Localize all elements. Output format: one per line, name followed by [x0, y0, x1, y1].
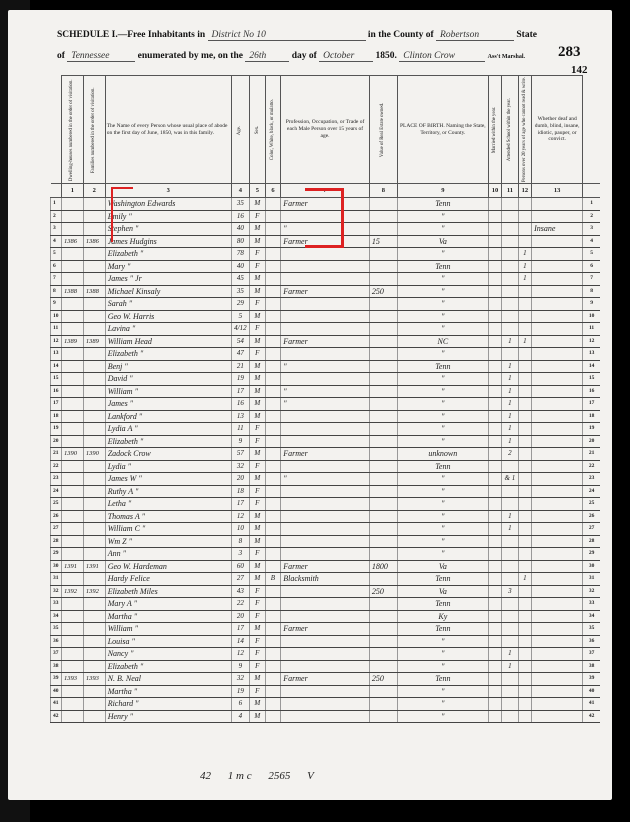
line-number-right: 26 [583, 510, 600, 523]
school: 1 [502, 510, 518, 523]
school [502, 623, 518, 636]
dwelling-number [61, 498, 83, 511]
line-number-right: 37 [583, 648, 600, 661]
line-number: 32 [51, 585, 62, 598]
line-number: 39 [51, 673, 62, 686]
line-number: 31 [51, 573, 62, 586]
birthplace: " [397, 660, 488, 673]
line-number: 28 [51, 535, 62, 548]
illiterate: 1 [518, 260, 532, 273]
line-number: 26 [51, 510, 62, 523]
occupation [281, 523, 370, 536]
age: 8 [231, 535, 249, 548]
table-row: 3213921392Elizabeth Miles43F250Va332 [51, 585, 601, 598]
school: 1 [502, 435, 518, 448]
tally-count: 42 [200, 770, 211, 782]
disability [532, 298, 583, 311]
marshal-field: Clinton Crow [399, 51, 485, 62]
age: 35 [231, 285, 249, 298]
person-name: Washington Edwards [105, 198, 231, 211]
table-row: 7James " Jr45M"17 [51, 273, 601, 286]
occupation [281, 548, 370, 561]
illiterate [518, 298, 532, 311]
person-name: Nancy " [105, 648, 231, 661]
dwelling-number [61, 348, 83, 361]
person-name: Martha " [105, 685, 231, 698]
dwelling-number: 1390 [61, 448, 83, 461]
line-number: 6 [51, 260, 62, 273]
school [502, 235, 518, 248]
table-row: 27William C "10M"127 [51, 523, 601, 536]
table-row: 38Elizabeth "9F"138 [51, 660, 601, 673]
county-field: Robertson [436, 30, 514, 41]
age: 45 [231, 273, 249, 286]
illiterate [518, 710, 532, 723]
sex: M [250, 373, 266, 386]
birthplace: " [397, 435, 488, 448]
sex: M [250, 335, 266, 348]
age: 22 [231, 598, 249, 611]
line-number-right: 38 [583, 660, 600, 673]
enumerated-label: enumerated by me, on the [138, 51, 243, 61]
birthplace: " [397, 548, 488, 561]
table-row: 9Sarah "29F"9 [51, 298, 601, 311]
disability [532, 373, 583, 386]
line-number: 18 [51, 410, 62, 423]
tally-note: 1 m c [228, 770, 252, 782]
dwelling-number [61, 698, 83, 711]
occupation [281, 498, 370, 511]
school [502, 635, 518, 648]
line-number-right: 13 [583, 348, 600, 361]
disability [532, 448, 583, 461]
disability [532, 273, 583, 286]
line-number-right: 31 [583, 573, 600, 586]
illiterate [518, 648, 532, 661]
dwelling-number [61, 685, 83, 698]
illiterate [518, 435, 532, 448]
real-estate-value [369, 260, 397, 273]
real-estate-value [369, 698, 397, 711]
district-field: District No 10 [208, 30, 366, 41]
occupation [281, 710, 370, 723]
dwelling-number [61, 435, 83, 448]
color [265, 485, 281, 498]
person-name: Lydia " [105, 460, 231, 473]
age: 4 [231, 710, 249, 723]
illiterate [518, 448, 532, 461]
real-estate-value [369, 498, 397, 511]
disability [532, 635, 583, 648]
line-number: 35 [51, 623, 62, 636]
table-row: 3913931393N. B. Neal32MFarmer250Tenn39 [51, 673, 601, 686]
line-number: 10 [51, 310, 62, 323]
age: 54 [231, 335, 249, 348]
occupation [281, 460, 370, 473]
family-number [83, 223, 105, 236]
birthplace: Va [397, 560, 488, 573]
age: 21 [231, 360, 249, 373]
person-name: Louisa " [105, 635, 231, 648]
person-name: James Hudgins [105, 235, 231, 248]
state-field: Tennessee [67, 51, 135, 62]
school [502, 310, 518, 323]
illiterate [518, 373, 532, 386]
dwelling-number: 1388 [61, 285, 83, 298]
sex: M [250, 698, 266, 711]
married [488, 710, 502, 723]
age: 18 [231, 485, 249, 498]
table-row: 35William "17MFarmerTenn35 [51, 623, 601, 636]
birthplace: " [397, 473, 488, 486]
birthplace: Ky [397, 610, 488, 623]
person-name: James " Jr [105, 273, 231, 286]
age: 13 [231, 410, 249, 423]
disability [532, 398, 583, 411]
table-row: 33Mary A "22FTenn33 [51, 598, 601, 611]
color [265, 585, 281, 598]
real-estate-value [369, 623, 397, 636]
dwelling-number: 1392 [61, 585, 83, 598]
school: 1 [502, 660, 518, 673]
line-number-right: 15 [583, 373, 600, 386]
occupation [281, 373, 370, 386]
married [488, 698, 502, 711]
illiterate [518, 198, 532, 211]
school [502, 210, 518, 223]
married [488, 210, 502, 223]
real-estate-value [369, 648, 397, 661]
dwelling-number [61, 373, 83, 386]
illiterate [518, 210, 532, 223]
illiterate [518, 398, 532, 411]
school [502, 285, 518, 298]
age: 16 [231, 210, 249, 223]
dwelling-number [61, 273, 83, 286]
disability [532, 648, 583, 661]
birthplace: " [397, 398, 488, 411]
age: 10 [231, 523, 249, 536]
table-row: 18Lankford "13M"118 [51, 410, 601, 423]
illiterate: 1 [518, 335, 532, 348]
line-number-right: 20 [583, 435, 600, 448]
birthplace: Tenn [397, 573, 488, 586]
line-number-right: 7 [583, 273, 600, 286]
header-birthplace: PLACE OF BIRTH. Naming the State, Territ… [397, 76, 488, 184]
sex: F [250, 210, 266, 223]
occupation [281, 310, 370, 323]
real-estate-value [369, 348, 397, 361]
color: B [265, 573, 281, 586]
table-row: 11Lavina "4/12F"11 [51, 323, 601, 336]
illiterate [518, 560, 532, 573]
colnum: 13 [532, 184, 583, 198]
line-number-right: 25 [583, 498, 600, 511]
married [488, 423, 502, 436]
sex: M [250, 473, 266, 486]
dwelling-number [61, 598, 83, 611]
table-row: 34Martha "20FKy34 [51, 610, 601, 623]
age: 5 [231, 310, 249, 323]
color [265, 198, 281, 211]
real-estate-value [369, 610, 397, 623]
occupation: " [281, 385, 370, 398]
illiterate [518, 673, 532, 686]
family-number [83, 710, 105, 723]
married [488, 273, 502, 286]
colnum: 3 [105, 184, 231, 198]
line-number: 13 [51, 348, 62, 361]
school: 3 [502, 585, 518, 598]
school [502, 673, 518, 686]
real-estate-value [369, 310, 397, 323]
birthplace: " [397, 710, 488, 723]
illiterate [518, 585, 532, 598]
illiterate [518, 360, 532, 373]
line-number-right: 4 [583, 235, 600, 248]
dwelling-number: 1386 [61, 235, 83, 248]
color [265, 548, 281, 561]
line-number: 23 [51, 473, 62, 486]
school: 1 [502, 523, 518, 536]
colnum: 2 [83, 184, 105, 198]
person-name: Letha " [105, 498, 231, 511]
line-number-right: 33 [583, 598, 600, 611]
occupation [281, 698, 370, 711]
married [488, 598, 502, 611]
real-estate-value [369, 573, 397, 586]
disability [532, 248, 583, 261]
real-estate-value [369, 198, 397, 211]
day-field: 26th [245, 51, 289, 62]
birthplace: " [397, 685, 488, 698]
line-number-right: 39 [583, 673, 600, 686]
line-number-right: 28 [583, 535, 600, 548]
sex: F [250, 598, 266, 611]
disability [532, 698, 583, 711]
table-row: 5Elizabeth "78F"15 [51, 248, 601, 261]
table-row: 14Benj "21M"Tenn114 [51, 360, 601, 373]
illiterate [518, 660, 532, 673]
school [502, 710, 518, 723]
disability [532, 548, 583, 561]
schedule-title: SCHEDULE I.—Free Inhabitants in [57, 30, 205, 40]
person-name: Lavina " [105, 323, 231, 336]
disability [532, 523, 583, 536]
dwelling-number [61, 198, 83, 211]
color [265, 610, 281, 623]
year: 1850. [376, 51, 397, 61]
table-row: 31Hardy Felice27MBBlacksmithTenn131 [51, 573, 601, 586]
disability [532, 560, 583, 573]
footer-tallies: 42 1 m c 2565 V [200, 770, 328, 782]
color [265, 310, 281, 323]
dwelling-number [61, 660, 83, 673]
color [265, 223, 281, 236]
person-name: Ann " [105, 548, 231, 561]
table-row: 1213891389William Head54MFarmerNC1112 [51, 335, 601, 348]
married [488, 560, 502, 573]
married [488, 360, 502, 373]
line-number-right: 6 [583, 260, 600, 273]
disability [532, 260, 583, 273]
line-number: 19 [51, 423, 62, 436]
disability [532, 410, 583, 423]
person-name: Sarah " [105, 298, 231, 311]
person-name: Elizabeth " [105, 248, 231, 261]
line-number: 41 [51, 698, 62, 711]
family-number [83, 323, 105, 336]
occupation: Farmer [281, 335, 370, 348]
birthplace: Tenn [397, 673, 488, 686]
sex: F [250, 248, 266, 261]
color [265, 360, 281, 373]
table-row: 22Lydia "32FTenn22 [51, 460, 601, 473]
illiterate [518, 223, 532, 236]
sex: M [250, 573, 266, 586]
age: 12 [231, 648, 249, 661]
person-name: Geo W. Hardeman [105, 560, 231, 573]
color [265, 323, 281, 336]
illiterate [518, 460, 532, 473]
color [265, 523, 281, 536]
school [502, 685, 518, 698]
married [488, 660, 502, 673]
real-estate-value [369, 398, 397, 411]
family-number: 1388 [83, 285, 105, 298]
school [502, 348, 518, 361]
table-row: 17James "16M""117 [51, 398, 601, 411]
school: & 1 [502, 473, 518, 486]
school: 1 [502, 373, 518, 386]
married [488, 260, 502, 273]
family-number: 1391 [83, 560, 105, 573]
birthplace: " [397, 523, 488, 536]
highlight-bracket-top [111, 187, 133, 189]
school: 2 [502, 448, 518, 461]
line-number: 2 [51, 210, 62, 223]
line-number-right: 40 [583, 685, 600, 698]
age: 78 [231, 248, 249, 261]
of-label: of [57, 51, 65, 61]
family-number [83, 573, 105, 586]
marshal-label: Ass't Marshal. [488, 54, 525, 60]
real-estate-value [369, 435, 397, 448]
school [502, 560, 518, 573]
person-name: Elizabeth " [105, 435, 231, 448]
dwelling-number [61, 210, 83, 223]
line-number: 30 [51, 560, 62, 573]
sex: M [250, 673, 266, 686]
dwelling-number: 1393 [61, 673, 83, 686]
colnum: 12 [518, 184, 532, 198]
sex: M [250, 398, 266, 411]
header-occupation: Profession, Occupation, or Trade of each… [281, 76, 370, 184]
illiterate [518, 423, 532, 436]
line-number: 12 [51, 335, 62, 348]
occupation [281, 298, 370, 311]
person-name: Mary " [105, 260, 231, 273]
table-row: 29Ann "3F"29 [51, 548, 601, 561]
table-row: 16William "17M""116 [51, 385, 601, 398]
line-number: 27 [51, 523, 62, 536]
illiterate [518, 523, 532, 536]
line-number-right: 11 [583, 323, 600, 336]
occupation: Farmer [281, 285, 370, 298]
disability [532, 385, 583, 398]
dwelling-number [61, 310, 83, 323]
real-estate-value [369, 298, 397, 311]
person-name: Zadock Crow [105, 448, 231, 461]
dwelling-number [61, 460, 83, 473]
color [265, 260, 281, 273]
age: 27 [231, 573, 249, 586]
color [265, 635, 281, 648]
sex: M [250, 523, 266, 536]
real-estate-value [369, 660, 397, 673]
family-number [83, 398, 105, 411]
person-name: Lankford " [105, 410, 231, 423]
real-estate-value [369, 335, 397, 348]
sex: M [250, 560, 266, 573]
birthplace: " [397, 485, 488, 498]
checkmark-note: V [307, 770, 314, 782]
real-estate-value: 15 [369, 235, 397, 248]
birthplace: " [397, 285, 488, 298]
color [265, 373, 281, 386]
birthplace: " [397, 373, 488, 386]
age: 14 [231, 635, 249, 648]
family-number [83, 535, 105, 548]
color [265, 560, 281, 573]
real-estate-value [369, 460, 397, 473]
line-number-right: 17 [583, 398, 600, 411]
disability [532, 198, 583, 211]
sex: F [250, 323, 266, 336]
age: 40 [231, 260, 249, 273]
birthplace: Tenn [397, 360, 488, 373]
dwelling-number [61, 223, 83, 236]
sex: F [250, 660, 266, 673]
color [265, 535, 281, 548]
real-estate-value [369, 385, 397, 398]
color [265, 598, 281, 611]
line-number-right: 24 [583, 485, 600, 498]
occupation [281, 635, 370, 648]
disability [532, 573, 583, 586]
line-number: 33 [51, 598, 62, 611]
color [265, 435, 281, 448]
header-illiterate: Persons over 20 years of age who cannot … [518, 76, 532, 184]
disability [532, 498, 583, 511]
age: 19 [231, 685, 249, 698]
occupation [281, 660, 370, 673]
illiterate [518, 510, 532, 523]
birthplace: Tenn [397, 460, 488, 473]
occupation [281, 485, 370, 498]
real-estate-value [369, 223, 397, 236]
school [502, 223, 518, 236]
highlight-bracket-left [111, 187, 113, 242]
sex: M [250, 410, 266, 423]
age: 20 [231, 610, 249, 623]
person-name: Wm Z " [105, 535, 231, 548]
school [502, 323, 518, 336]
married [488, 573, 502, 586]
family-number [83, 310, 105, 323]
married [488, 485, 502, 498]
birthplace: " [397, 210, 488, 223]
